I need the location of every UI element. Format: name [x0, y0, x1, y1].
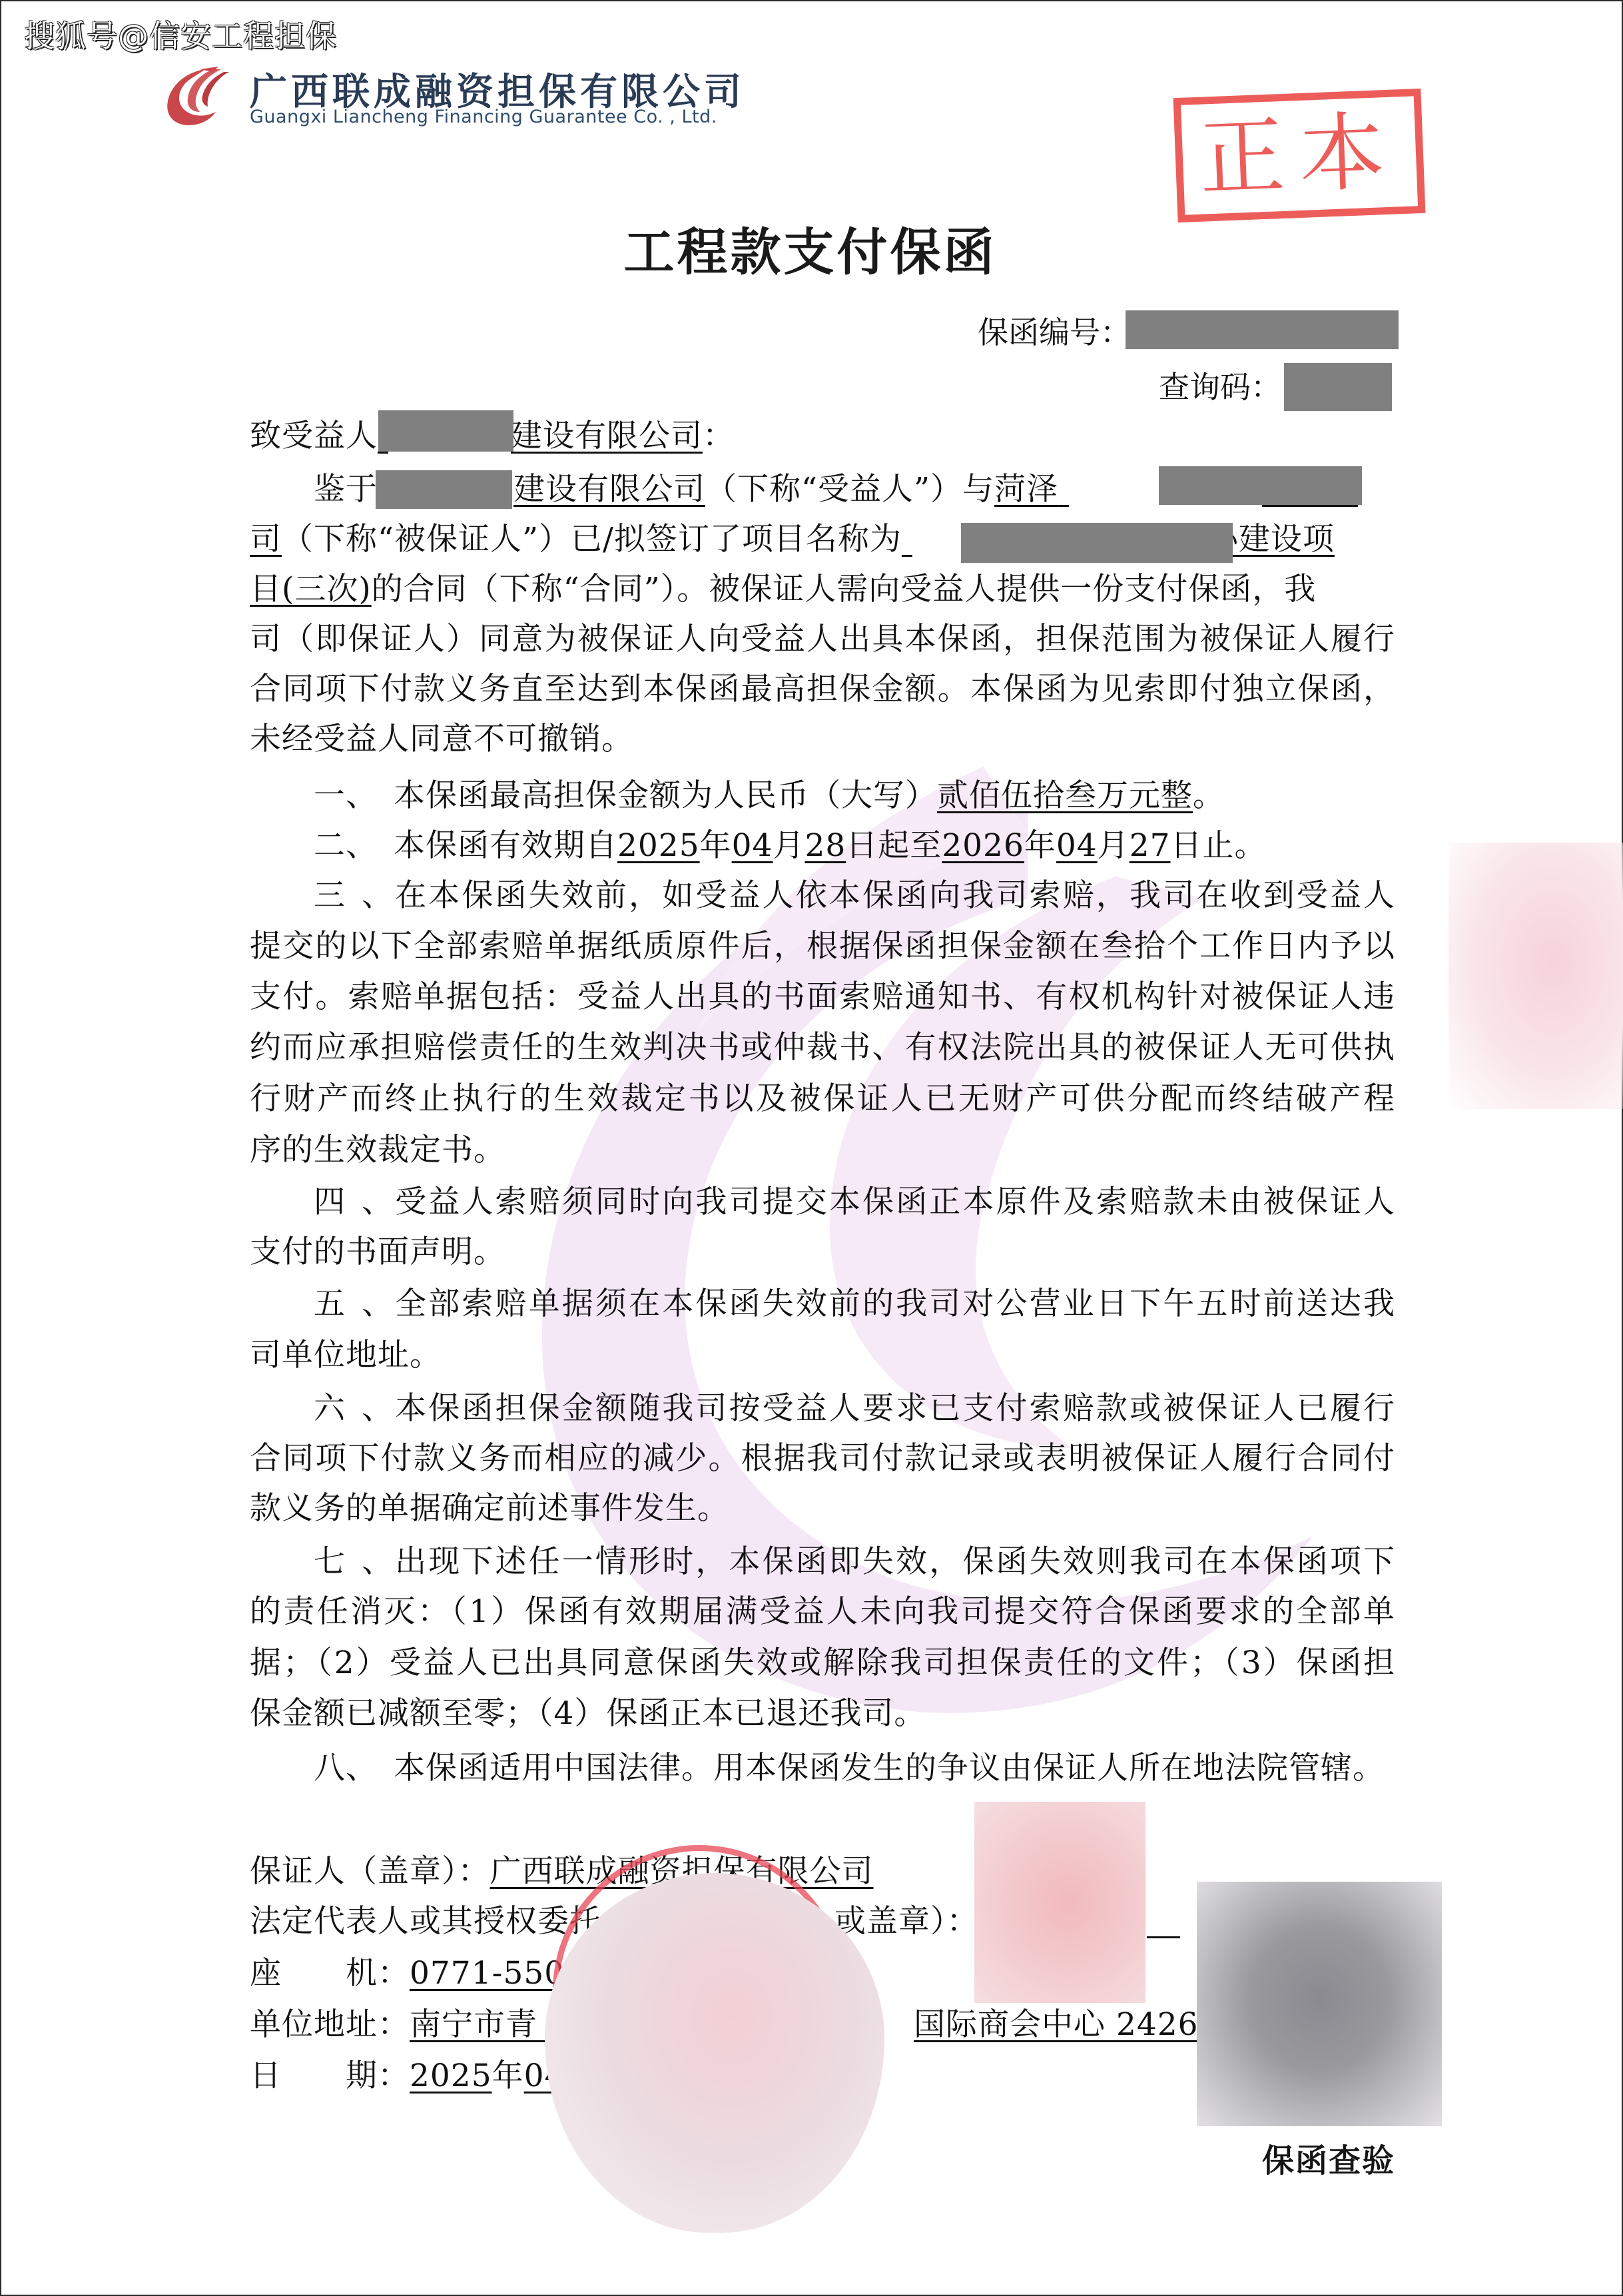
clause-6-line-3: 款义务的单据确定前述事件发生。 — [250, 1483, 1395, 1534]
clause-3-line-6: 序的生效裁定书。 — [250, 1125, 1395, 1176]
page-title-text: 工程款支付保函 — [624, 222, 997, 282]
clause-1: 一、本保函最高担保金额为人民币（大写）贰佰伍拾叁万元整。 — [250, 771, 1395, 821]
clause-3-line-4: 约而应承担赔偿责任的生效判决书或仲裁书、有权法院出具的被保证人无可供执 — [250, 1022, 1395, 1073]
redaction-block — [961, 523, 1233, 563]
clause-8: 八、本保函适用中国法律。用本保函发生的争议由保证人所在地法院管辖。 — [250, 1743, 1395, 1794]
guarantee-no-redacted — [1126, 310, 1399, 349]
qr-code-icon[interactable] — [1197, 1882, 1442, 2126]
clause-3-line-3: 支付。索赔单据包括：受益人出具的书面索赔通知书、有权机构针对被保证人违 — [250, 972, 1395, 1022]
clause-7-line-3: 据；（2）受益人已出具同意保函失效或解除我司担保责任的文件；（3）保函担 — [250, 1638, 1395, 1689]
redaction-block — [378, 410, 513, 452]
query-code-redacted — [1284, 363, 1392, 411]
page-title: 工程款支付保函 — [0, 212, 1623, 284]
start-year: 2025 — [617, 827, 700, 864]
company-name-en: Guangxi Liancheng Financing Guarantee Co… — [250, 107, 717, 127]
clause-5-line-2: 司单位地址。 — [250, 1330, 1395, 1381]
clause-6-line-1: 六、本保函担保金额随我司按受益人要求已支付索赔款或被保证人已履行 — [250, 1383, 1395, 1434]
redaction-block — [1159, 466, 1362, 505]
intro-line-5: 合同项下付款义务直至达到本保函最高担保金额。本保函为见索即付独立保函， — [250, 664, 1395, 715]
clause-4-line-2: 支付的书面声明。 — [250, 1227, 1395, 1278]
clause-3-line-2: 提交的以下全部索赔单据纸质原件后，根据保函担保金额在叁拾个工作日内予以 — [250, 921, 1395, 972]
redaction-block — [376, 470, 512, 509]
company-logo: 广西联成融资担保有限公司 Guangxi Liancheng Financing… — [160, 60, 746, 133]
blurred-region — [1449, 843, 1623, 1109]
clause-4-line-1: 四、受益人索赔须同时向我司提交本保函正本原件及索赔款未由被保证人 — [250, 1177, 1395, 1228]
clause-7-line-2: 的责任消灭：（1）保函有效期届满受益人未向我司提交符合保函要求的全部单 — [250, 1587, 1395, 1637]
clause-5-line-1: 五、全部索赔单据须在本保函失效前的我司对公营业日下午五时前送达我 — [250, 1279, 1395, 1330]
end-day: 27 — [1130, 827, 1171, 864]
query-code-label: 查询码： — [1159, 364, 1281, 410]
clause-2: 二、本保函有效期自2025年04月28日起至2026年04月27日止。 — [250, 821, 1395, 871]
date-year: 2025 — [410, 2058, 492, 2094]
end-month: 04 — [1056, 827, 1098, 864]
clause-6-line-2: 合同项下付款义务而相应的减少。根据我司付款记录或表明被保证人履行合同付 — [250, 1433, 1395, 1484]
clause-7-line-4: 保金额已减额至零；（4）保函正本已退还我司。 — [250, 1689, 1395, 1739]
clause-3-line-5: 行财产而终止执行的生效裁定书以及被保证人已无财产可供分配而终结破产程 — [250, 1074, 1395, 1124]
intro-line-3: 目(三次)的合同（下称“合同”）。被保证人需向受益人提供一份支付保函，我 — [250, 564, 1395, 615]
verify-label: 保函查验 — [1262, 2135, 1395, 2181]
seal-blurred — [545, 1873, 884, 2233]
intro-line-4: 司（即保证人）同意为被保证人向受益人出具本保函，担保范围为被保证人履行 — [250, 614, 1395, 665]
clause-7-line-1: 七、出现下述任一情形时，本保函即失效，保函失效则我司在本保函项下 — [250, 1537, 1395, 1587]
clause-3-line-1: 三、在本保函失效前，如受益人依本保函向我司索赔，我司在收到受益人 — [250, 871, 1395, 921]
intro-line-6: 未经受益人同意不可撤销。 — [250, 714, 1395, 765]
guarantee-amount: 贰佰伍拾叁万元整 — [937, 777, 1193, 814]
swoosh-logo-icon — [160, 64, 240, 128]
end-year: 2026 — [942, 827, 1024, 864]
start-day: 28 — [805, 827, 846, 864]
start-month: 04 — [732, 827, 773, 864]
original-stamp: 正本 — [1173, 89, 1426, 222]
guarantee-no-label: 保函编号： — [978, 309, 1131, 356]
source-watermark: 搜狐号@信安工程担保 — [24, 12, 337, 56]
